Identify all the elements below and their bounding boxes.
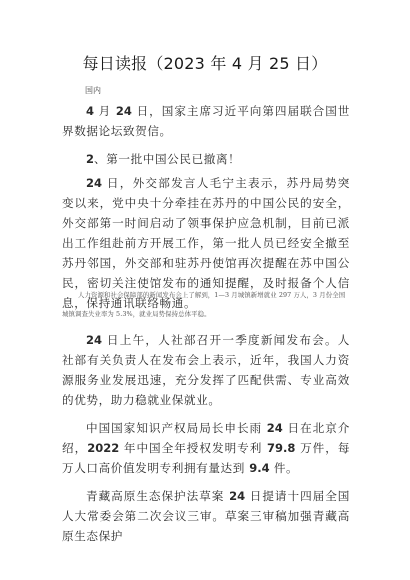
number: 24 [267, 421, 283, 435]
number: 2022 [87, 441, 119, 455]
text-span: 日上午，人社部召开一季度新闻发布会。人社部有关负责人在发布会上表示，近年，我国人… [62, 333, 350, 407]
number: 4 [86, 104, 94, 118]
paragraph-employment-stats: 人力资源和社会保障部的新闻发布会上了解到，1—3 月城镇新增就业 297 万人，… [62, 286, 350, 324]
number: 79.8 [267, 441, 295, 455]
paragraph-hr-press-conference: 24 日上午，人社部召开一季度新闻发布会。人社部有关负责人在发布会上表示，近年，… [62, 330, 350, 410]
document-title: 每日读报（2023 年 4 月 25 日） [0, 53, 410, 75]
number: 2 [86, 152, 94, 166]
text-span: 青藏高原生态保护法草案 [86, 489, 229, 503]
paragraph-data-forum: 4 月 24 日，国家主席习近平向第四届联合国世界数据论坛致贺信。 [62, 101, 350, 141]
number: 24 [86, 333, 102, 347]
number: 24 [86, 176, 102, 190]
document-page: 每日读报（2023 年 4 月 25 日） 国内 4 月 24 日，国家主席习近… [0, 0, 410, 580]
text-span: 月 [94, 104, 116, 118]
number: 24 [116, 104, 132, 118]
number: 9.4 [249, 461, 269, 475]
number: 24 [229, 489, 245, 503]
text-span: 、第一批中国公民已撤离！ [94, 152, 240, 166]
text-span: 中国国家知识产权局局长申长雨 [86, 421, 267, 435]
paragraph-evacuation-heading: 2、第一批中国公民已撤离！ [62, 149, 350, 169]
paragraph-patents: 中国国家知识产权局局长申长雨 24 日在北京介绍，2022 年中国全年授权发明专… [62, 418, 350, 478]
text-span: 年中国全年授权发明专利 [119, 441, 267, 455]
text-span: 件。 [270, 461, 299, 475]
section-label-domestic: 国内 [85, 84, 101, 98]
paragraph-qinghai-tibet-law: 青藏高原生态保护法草案 24 日提请十四届全国人大常委会第二次会议三审。草案三审… [62, 486, 350, 546]
